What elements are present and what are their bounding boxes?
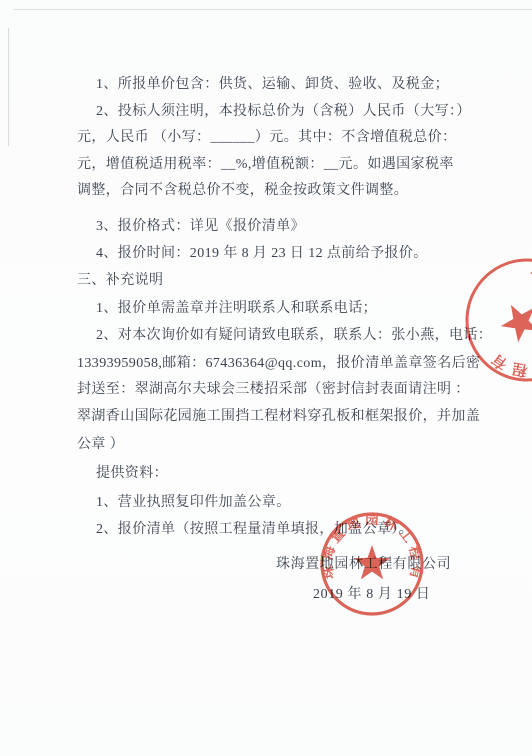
doc-line: 2、投标人须注明，本投标总价为（含税）人民币（大写：） <box>96 103 471 121</box>
seal-company-text: 珠海置地园林工程有限公司 <box>292 484 426 585</box>
doc-section-heading: 三、补充说明 <box>77 272 163 290</box>
company-seal-stamp-edge: 珠海置地园林工程有限公司 <box>414 207 532 433</box>
star-icon <box>354 545 390 579</box>
scan-edge-artifact-left <box>8 28 9 146</box>
svg-text:珠海置地园林工程有限公司: 珠海置地园林工程有限公司 <box>292 484 426 585</box>
doc-line: 4、报价时间：2019 年 8 月 23 日 12 点前给予报价。 <box>96 245 428 263</box>
doc-line: 3、报价格式：详见《报价清单》 <box>96 218 305 236</box>
star-icon <box>498 298 532 348</box>
doc-line: 1、所报单价包含：供货、运输、卸货、验收、及税金； <box>96 76 449 94</box>
doc-line: 1、营业执照复印件加盖公章。 <box>96 494 291 512</box>
doc-line: 封送至：翠湖高尔夫球会三楼招采部（密封信封表面请注明 ： <box>77 381 470 399</box>
doc-line: 1、报价单需盖章并注明联系人和联系电话； <box>96 300 377 318</box>
scan-edge-artifact-top <box>14 9 532 10</box>
doc-line: 提供资料： <box>96 465 168 483</box>
doc-line: 翠湖香山国际花园施工围挡工程材料穿孔板和框架报价，并加盖 <box>77 408 480 426</box>
doc-line: 调整，合同不含税总价不变，税金按政策文件调整。 <box>77 182 408 200</box>
scanned-document-page: 1、所报单价包含：供货、运输、卸货、验收、及税金； 2、投标人须注明，本投标总价… <box>0 0 532 756</box>
doc-line: 元，人民币 （小写：______）元。其中：不含增值税总价： <box>77 129 457 147</box>
doc-line: 元，增值税适用税率：__%,增值税额：__元。如遇国家税率 <box>77 156 454 174</box>
company-seal-stamp: 珠海置地园林工程有限公司 <box>292 484 452 644</box>
doc-line: 公章 ） <box>77 436 124 454</box>
